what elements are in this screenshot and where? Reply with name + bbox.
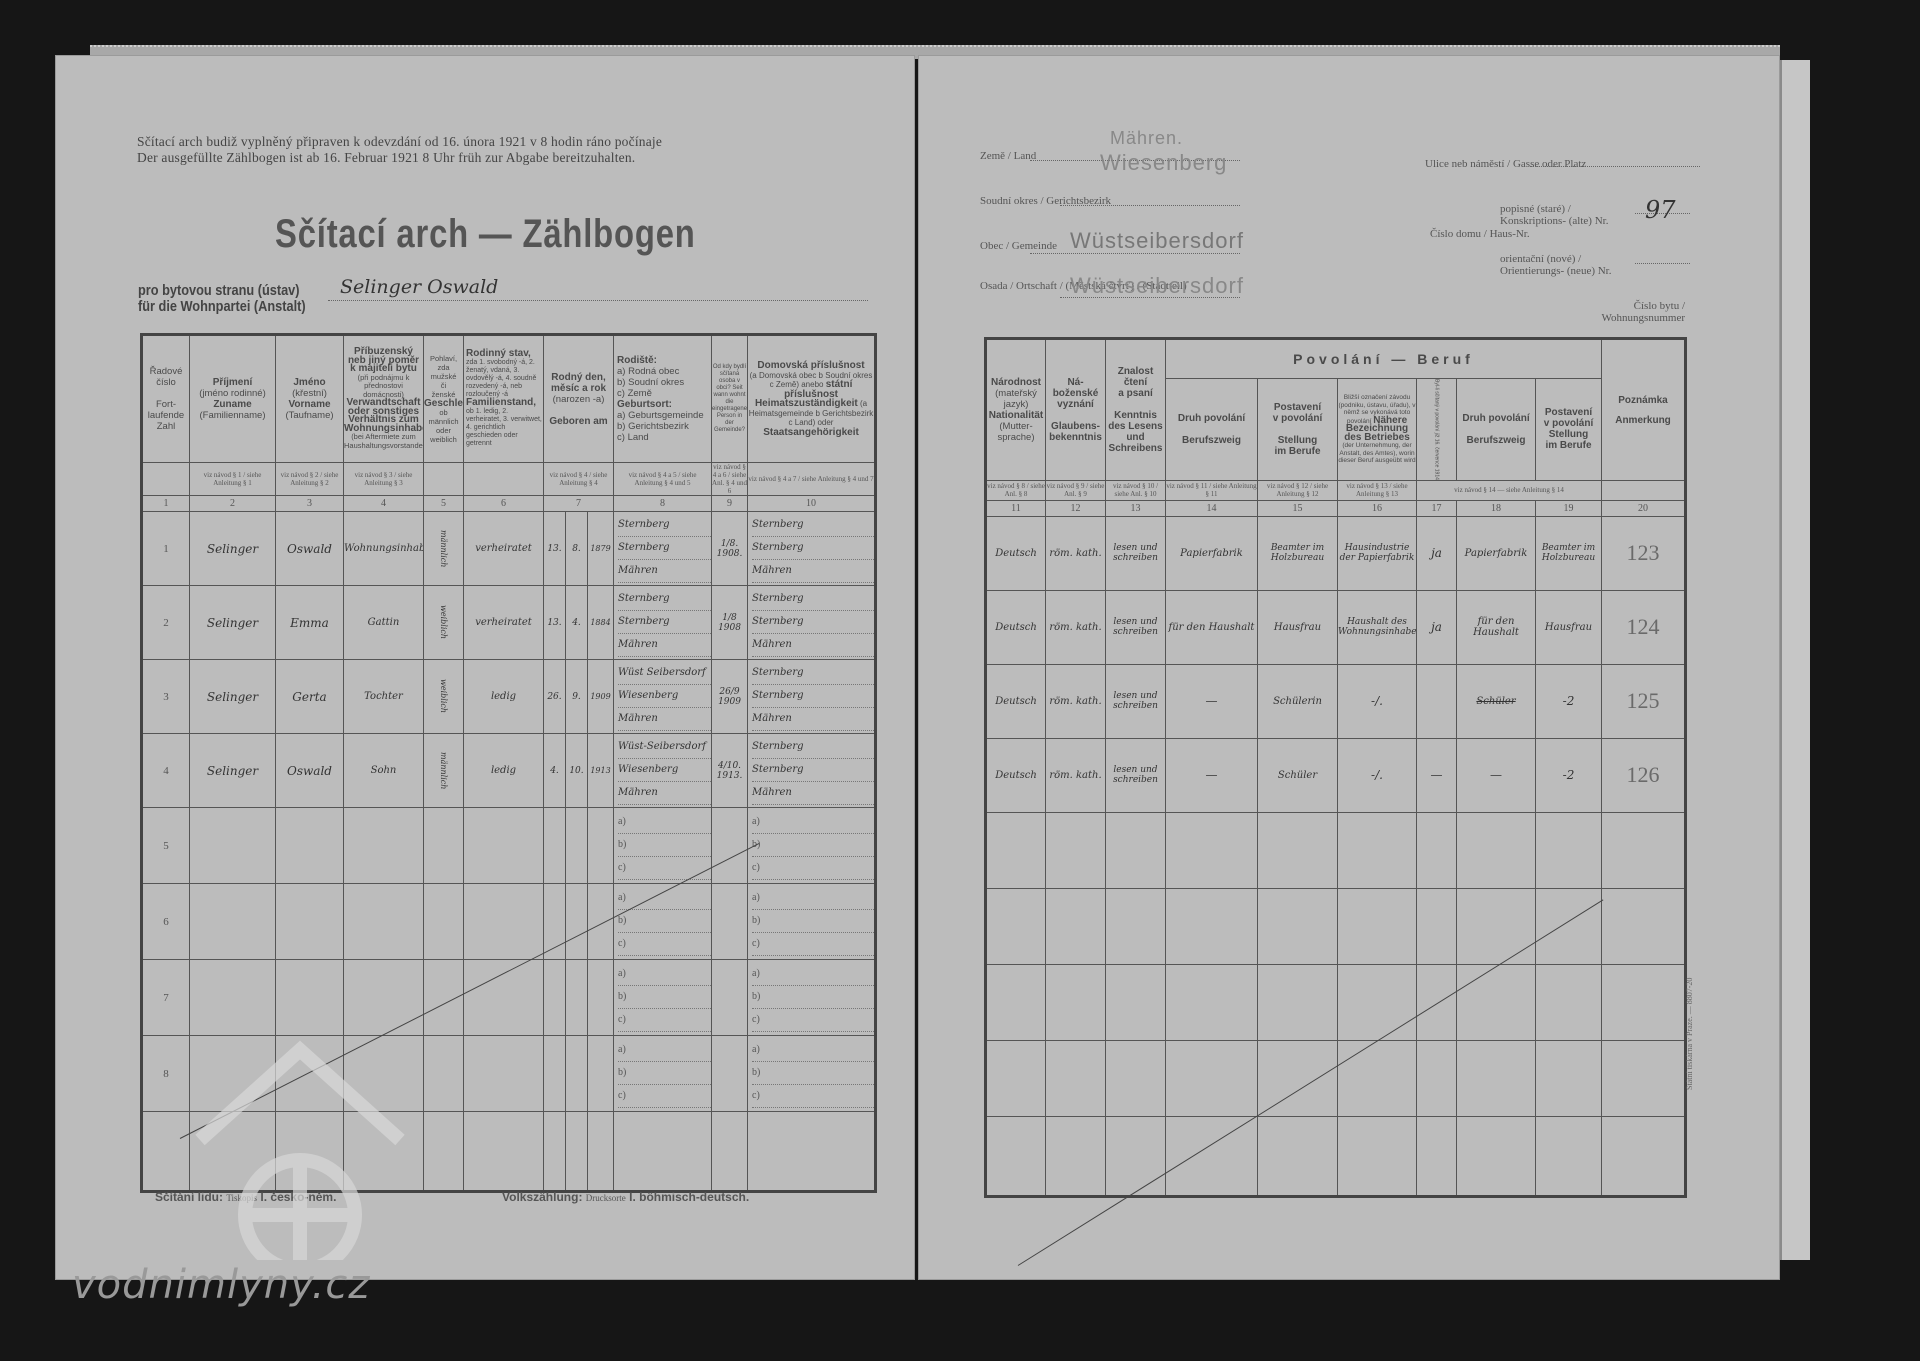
col-header-12: Ná-boženskévyznáníGlaubens-bekenntnis bbox=[1046, 339, 1106, 481]
col-header-8: Rodiště:a) Rodná obecb) Soudní okresc) Z… bbox=[614, 335, 712, 463]
house-number-label: Číslo domu / Haus-Nr. bbox=[1430, 228, 1530, 240]
first-name: Oswald bbox=[276, 512, 344, 586]
footer-german: Volkszählung: Drucksorte I. böhmisch-deu… bbox=[502, 1190, 749, 1204]
household-name-value: Selinger Oswald bbox=[340, 276, 498, 298]
table-row-empty: 6 a)b)c) a)b)c) bbox=[142, 884, 876, 960]
table-row: Deutsch röm. kath. lesen und schreiben P… bbox=[986, 516, 1686, 590]
col-header-4: Příbuzenský neb jiný poměr k majiteli by… bbox=[344, 335, 424, 463]
document-title: Sčítací arch — Zählbogen bbox=[275, 212, 696, 257]
col-header-20: PoznámkaAnmerkung bbox=[1602, 339, 1686, 481]
flat-number-label: Číslo bytu / Wohnungsnummer bbox=[1555, 300, 1685, 324]
table-row: 1 Selinger Oswald Wohnungsinhaber männli… bbox=[142, 512, 876, 586]
col-header-5: Pohlaví,zdamužskéčiženskéGeschlecht,obmä… bbox=[424, 335, 464, 463]
submission-notice: Sčítací arch budiž vyplněný připraven k … bbox=[137, 134, 662, 166]
municipality-stamp: Wüstseibersdorf bbox=[1070, 228, 1244, 254]
conscription-number-value: 97 bbox=[1645, 196, 1676, 224]
occupation-table: Národnost(mateřskýjazyk)Nationalität(Mut… bbox=[984, 337, 1687, 1198]
table-row-empty bbox=[986, 1116, 1686, 1196]
table-row: 4 Selinger Oswald Sohn männlich ledig 4.… bbox=[142, 734, 876, 808]
printer-note: Státní tiskárna v Praze. — 8807-20 bbox=[1685, 978, 1694, 1090]
column-numbers-row: 12 34 56 78 910 bbox=[142, 496, 876, 512]
table-row-empty bbox=[986, 1040, 1686, 1116]
relation: Wohnungsinhaber bbox=[344, 512, 424, 586]
col-header-3: Jméno(křestní)Vorname(Taufname) bbox=[276, 335, 344, 463]
table-row: Deutsch röm. kath. lesen und schreiben —… bbox=[986, 664, 1686, 738]
col-header-6: Rodinný stav, zda 1. svobodný -á, 2. žen… bbox=[464, 335, 544, 463]
col-header-7: Rodný den, měsíc a rok(narozen -a)Gebore… bbox=[544, 335, 614, 463]
table-row: Deutsch röm. kath. lesen und schreiben f… bbox=[986, 590, 1686, 664]
locality-stamp: Wüstseibersdorf bbox=[1070, 273, 1244, 299]
table-row-empty bbox=[986, 812, 1686, 888]
col-header-18: Druh povoláníBerufszweig bbox=[1457, 379, 1536, 481]
col-header-19: Postavenív povoláníStellungim Berufe bbox=[1536, 379, 1602, 481]
col-header-2: Příjmení(jméno rodinné)Zuname(Familienna… bbox=[190, 335, 276, 463]
land-stamp: Mähren. bbox=[1110, 128, 1183, 149]
table-row: 2 Selinger Emma Gattin weiblich verheira… bbox=[142, 586, 876, 660]
street-label: Ulice neb náměstí / Gasse oder Platz bbox=[1425, 158, 1586, 170]
table-row-empty bbox=[986, 888, 1686, 964]
watermark-text: vodnimlyny.cz bbox=[72, 1262, 370, 1308]
notice-german: Der ausgefüllte Zählbogen ist ab 16. Feb… bbox=[137, 150, 662, 166]
col-header-14: Druh povoláníBerufszweig bbox=[1166, 379, 1258, 481]
table-row: Deutsch röm. kath. lesen und schreiben —… bbox=[986, 738, 1686, 812]
municipality-label: Obec / Gemeinde bbox=[980, 240, 1057, 252]
occupation-header: Povolání — Beruf bbox=[1166, 339, 1602, 379]
col-header-16: Bližší označení závodu (podniku, ústavu,… bbox=[1338, 379, 1417, 481]
conscription-number-label: popisné (staré) / Konskriptions- (alte) … bbox=[1500, 203, 1630, 227]
col-header-1: ŘadovéčísloFort-laufendeZahl bbox=[142, 335, 190, 463]
note-number: 125 bbox=[1602, 664, 1686, 738]
land-label: Země / Land bbox=[980, 150, 1036, 162]
note-number: 123 bbox=[1602, 516, 1686, 590]
col-header-10: Domovská příslušnost(a Domovská obec b S… bbox=[748, 335, 876, 463]
col-header-9: Od kdy bydlí sčítaná osoba v obci? Seit … bbox=[712, 335, 748, 463]
table-row-empty: 5 a)b)c) a)b)c) bbox=[142, 808, 876, 884]
table-reference-row: viz návod § 1 / siehe Anleitung § 1 viz … bbox=[142, 463, 876, 496]
household-line bbox=[328, 300, 868, 301]
note-number: 126 bbox=[1602, 738, 1686, 812]
sex: männlich bbox=[424, 512, 464, 586]
note-number: 124 bbox=[1602, 590, 1686, 664]
district-stamp: Wiesenberg bbox=[1100, 150, 1227, 176]
household-label: pro bytovou stranu (ústav) für die Wohnp… bbox=[138, 283, 306, 315]
surname: Selinger bbox=[190, 512, 276, 586]
table-row: 3 Selinger Gerta Tochter weiblich ledig … bbox=[142, 660, 876, 734]
col-header-15: Postavenív povoláníStellungim Berufe bbox=[1258, 379, 1338, 481]
watermark-mill-icon bbox=[160, 1030, 460, 1260]
table-header-row: ŘadovéčísloFort-laufendeZahl Příjmení(jm… bbox=[142, 335, 876, 463]
col-header-11: Národnost(mateřskýjazyk)Nationalität(Mut… bbox=[986, 339, 1046, 481]
table-row-empty bbox=[986, 964, 1686, 1040]
page-edge bbox=[1780, 60, 1810, 1260]
orientation-number-label: orientační (nové) / Orientierungs- (neue… bbox=[1500, 253, 1630, 277]
marital-status: verheiratet bbox=[464, 512, 544, 586]
col-header-17: Byl-li sčítaný v povolání již 16. červen… bbox=[1417, 379, 1457, 481]
notice-czech: Sčítací arch budiž vyplněný připraven k … bbox=[137, 134, 662, 150]
col-header-13: Znalostčtenía psaníKenntnisdes Lesensund… bbox=[1106, 339, 1166, 481]
